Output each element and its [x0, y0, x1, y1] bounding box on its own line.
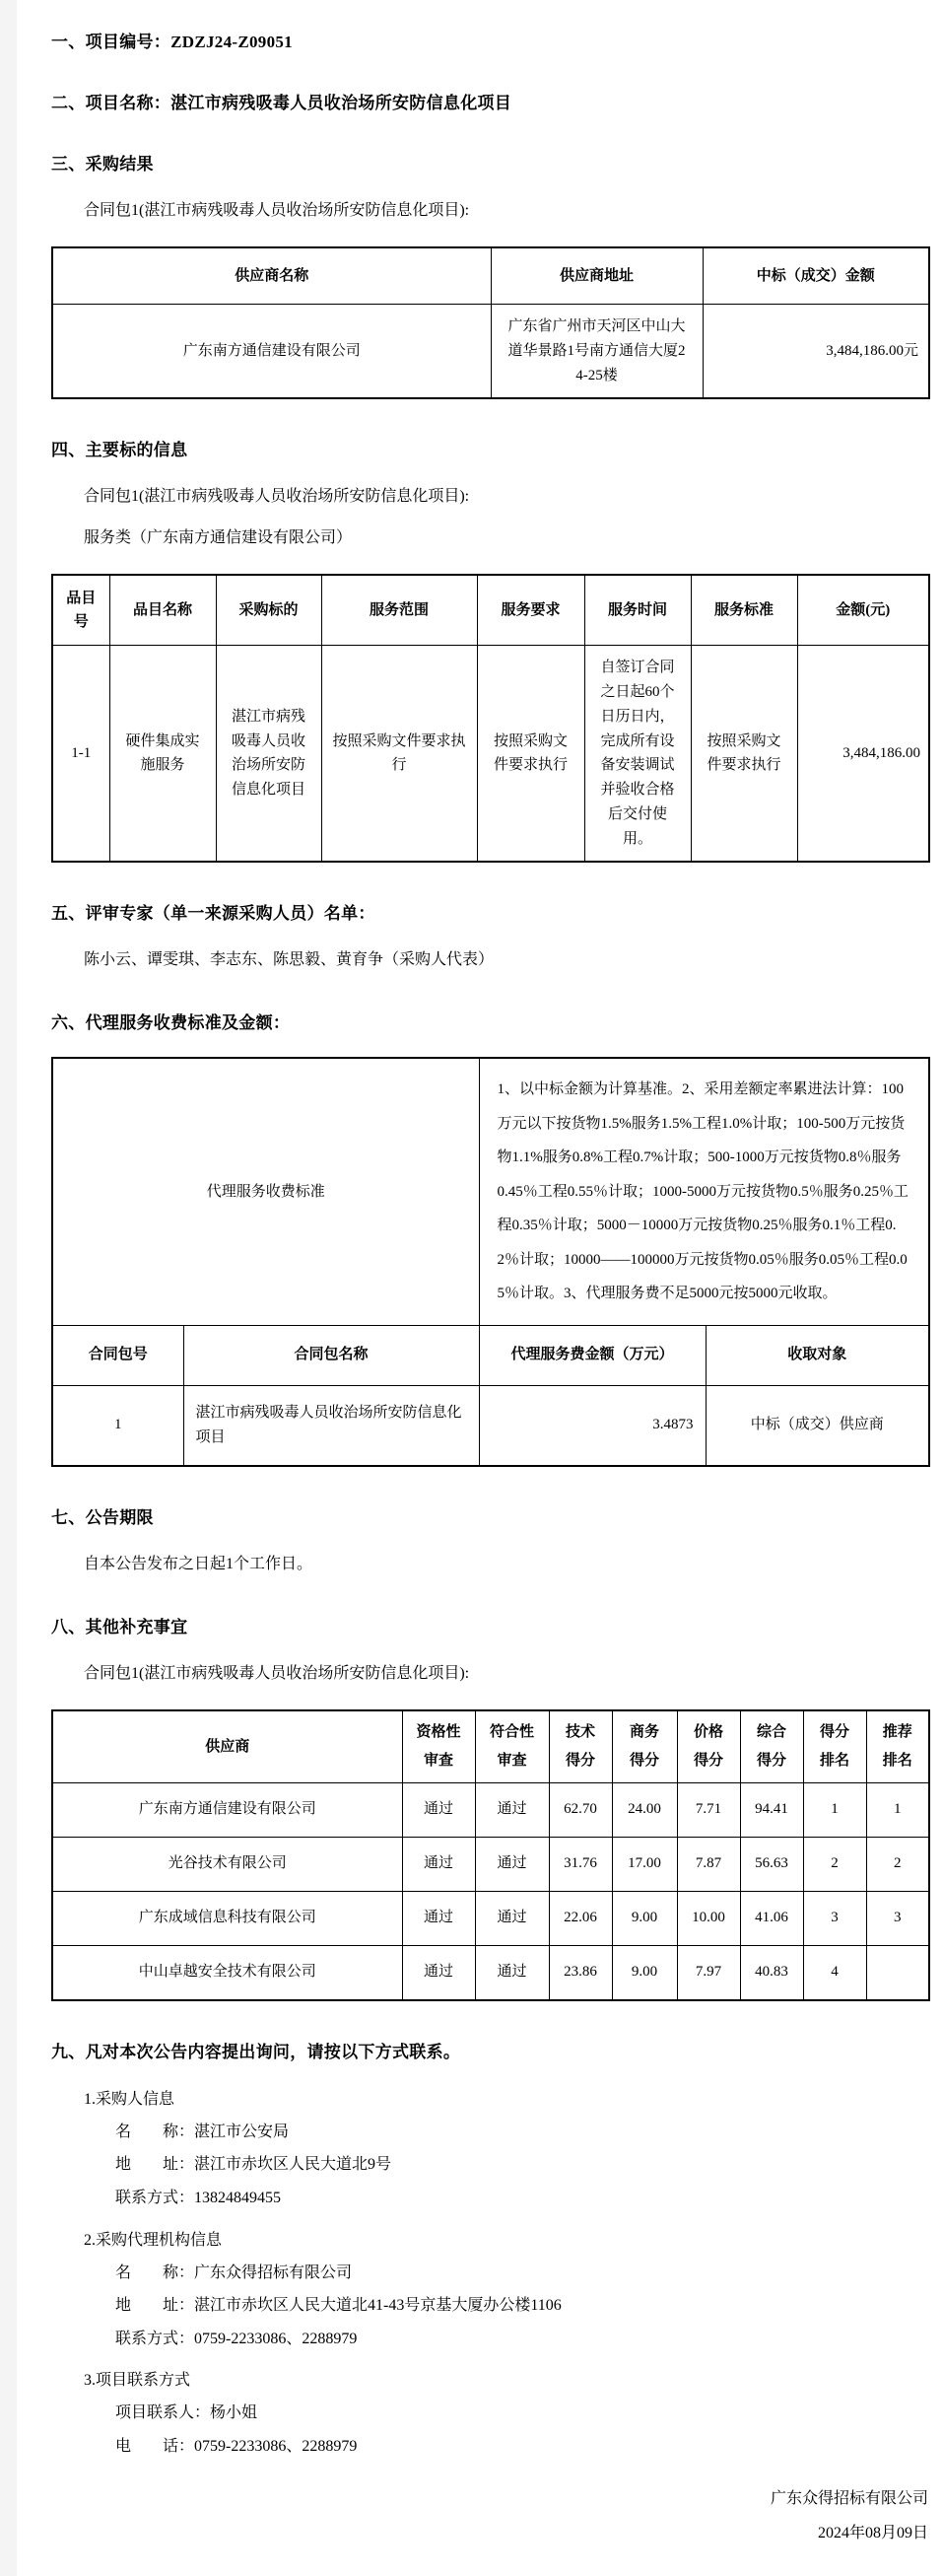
score-recommend-rank: 3	[866, 1891, 929, 1945]
score-supplier: 广东南方通信建设有限公司	[52, 1782, 402, 1837]
fee-standard-text: 1、以中标金额为计算基准。2、采用差额定率累进法计算：100万元以下按货物1.5…	[479, 1058, 929, 1325]
score-table-row: 广东南方通信建设有限公司 通过 通过 62.70 24.00 7.71 94.4…	[52, 1782, 929, 1837]
purchaser-name-label: 名 称：	[115, 2123, 194, 2140]
agency-contact-value: 0759-2233086、2288979	[194, 2331, 357, 2347]
score-price: 7.87	[677, 1837, 740, 1891]
score-commercial: 17.00	[612, 1837, 677, 1891]
bid-info-table: 品目号 品目名称 采购标的 服务范围 服务要求 服务时间 服务标准 金额(元) …	[51, 574, 930, 863]
score-recommend-rank	[866, 1945, 929, 2000]
page-edge-strip	[0, 0, 17, 2576]
project-phone-line: 电 话：0759-2233086、2288979	[115, 2430, 928, 2464]
project-phone-label: 电 话：	[115, 2438, 194, 2455]
fee-standard-label: 代理服务收费标准	[52, 1058, 479, 1325]
fee-amount: 3.4873	[479, 1385, 706, 1466]
bid-header-item-no: 品目号	[52, 575, 109, 646]
score-score-rank: 2	[803, 1837, 866, 1891]
purchaser-contact-value: 13824849455	[194, 2190, 281, 2206]
project-contact-person-line: 项目联系人：杨小姐	[115, 2397, 928, 2430]
score-technical: 22.06	[549, 1891, 612, 1945]
bid-requirement: 按照采购文件要求执行	[477, 646, 584, 863]
result-header-award-amount: 中标（成交）金额	[703, 247, 929, 305]
agency-info-title: 2.采购代理机构信息	[84, 2225, 928, 2257]
purchaser-name-value: 湛江市公安局	[194, 2123, 289, 2140]
result-package-line: 合同包1(湛江市病残吸毒人员收治场所安防信息化项目):	[84, 199, 928, 223]
fee-table-row: 1 湛江市病残吸毒人员收治场所安防信息化项目 3.4873 中标（成交）供应商	[52, 1385, 929, 1466]
score-header-comprehensive: 综合得分	[740, 1710, 803, 1783]
section-main-bid-info-heading: 四、主要标的信息	[51, 436, 928, 460]
score-score-rank: 3	[803, 1891, 866, 1945]
score-header-price: 价格得分	[677, 1710, 740, 1783]
fee-header-pkg-no: 合同包号	[52, 1325, 183, 1385]
score-table-row: 光谷技术有限公司 通过 通过 31.76 17.00 7.87 56.63 2 …	[52, 1837, 929, 1891]
purchaser-contact-label: 联系方式：	[115, 2190, 194, 2206]
score-header-conformity: 符合性审查	[475, 1710, 549, 1783]
agency-contact-label: 联系方式：	[115, 2331, 194, 2347]
fee-table-header-row: 合同包号 合同包名称 代理服务费金额（万元） 收取对象	[52, 1325, 929, 1385]
bid-item-no: 1-1	[52, 646, 109, 863]
score-score-rank: 4	[803, 1945, 866, 2000]
bid-header-scope: 服务范围	[321, 575, 477, 646]
agency-address-value: 湛江市赤坎区人民大道北41-43号京基大厦办公楼1106	[194, 2297, 562, 2314]
bid-header-time: 服务时间	[584, 575, 691, 646]
agency-name-value: 广东众得招标有限公司	[194, 2264, 352, 2281]
fee-header-fee-amount: 代理服务费金额（万元）	[479, 1325, 706, 1385]
project-contact-person-label: 项目联系人：	[115, 2404, 210, 2421]
score-table: 供应商 资格性审查 符合性审查 技术得分 商务得分 价格得分 综合得分 得分排名…	[51, 1709, 930, 2001]
section-announcement-period-heading: 七、公告期限	[51, 1503, 928, 1528]
section-project-name: 二、项目名称：湛江市病残吸毒人员收治场所安防信息化项目	[51, 89, 928, 113]
agency-address-line: 地 址：湛江市赤坎区人民大道北41-43号京基大厦办公楼1106	[115, 2289, 928, 2323]
result-header-supplier-name: 供应商名称	[52, 247, 491, 305]
score-comprehensive: 94.41	[740, 1782, 803, 1837]
fee-header-pkg-name: 合同包名称	[183, 1325, 479, 1385]
score-price: 7.97	[677, 1945, 740, 2000]
score-conformity: 通过	[475, 1782, 549, 1837]
score-header-recommend-rank: 推荐排名	[866, 1710, 929, 1783]
score-table-row: 广东成域信息科技有限公司 通过 通过 22.06 9.00 10.00 41.0…	[52, 1891, 929, 1945]
purchaser-name-line: 名 称：湛江市公安局	[115, 2116, 928, 2149]
result-award-amount: 3,484,186.00元	[703, 305, 929, 399]
score-table-row: 中山卓越安全技术有限公司 通过 通过 23.86 9.00 7.97 40.83…	[52, 1945, 929, 2000]
score-supplier: 广东成域信息科技有限公司	[52, 1891, 402, 1945]
section-agency-fee-heading: 六、代理服务收费标准及金额：	[51, 1009, 928, 1033]
bid-category-line: 服务类（广东南方通信建设有限公司）	[84, 526, 928, 550]
bid-header-subject: 采购标的	[216, 575, 321, 646]
score-commercial: 9.00	[612, 1945, 677, 2000]
agency-address-label: 地 址：	[115, 2297, 194, 2314]
purchaser-address-label: 地 址：	[115, 2156, 194, 2173]
fee-pkg-name: 湛江市病残吸毒人员收治场所安防信息化项目	[183, 1385, 479, 1466]
project-phone-value: 0759-2233086、2288979	[194, 2438, 357, 2455]
score-header-qualification: 资格性审查	[402, 1710, 475, 1783]
score-price: 7.71	[677, 1782, 740, 1837]
score-technical: 62.70	[549, 1782, 612, 1837]
score-commercial: 9.00	[612, 1891, 677, 1945]
signature-block: 广东众得招标有限公司 2024年08月09日	[51, 2481, 928, 2550]
result-table: 供应商名称 供应商地址 中标（成交）金额 广东南方通信建设有限公司 广东省广州市…	[51, 246, 930, 399]
bid-subject: 湛江市病残吸毒人员收治场所安防信息化项目	[216, 646, 321, 863]
purchaser-contact-line: 联系方式：13824849455	[115, 2182, 928, 2215]
bid-table-row: 1-1 硬件集成实施服务 湛江市病残吸毒人员收治场所安防信息化项目 按照采购文件…	[52, 646, 929, 863]
purchaser-info-title: 1.采购人信息	[84, 2084, 928, 2116]
project-name-label: 二、项目名称：	[51, 94, 170, 112]
section-project-number: 一、项目编号：ZDZJ24-Z09051	[51, 28, 928, 52]
result-table-header-row: 供应商名称 供应商地址 中标（成交）金额	[52, 247, 929, 305]
score-technical: 31.76	[549, 1837, 612, 1891]
contact-info-block: 1.采购人信息 名 称：湛江市公安局 地 址：湛江市赤坎区人民大道北9号 联系方…	[51, 2084, 928, 2464]
fee-pkg-no: 1	[52, 1385, 183, 1466]
score-comprehensive: 41.06	[740, 1891, 803, 1945]
result-supplier-name: 广东南方通信建设有限公司	[52, 305, 491, 399]
project-number-label: 一、项目编号：	[51, 33, 170, 51]
bid-scope: 按照采购文件要求执行	[321, 646, 477, 863]
bid-package-line: 合同包1(湛江市病残吸毒人员收治场所安防信息化项目):	[84, 485, 928, 509]
score-conformity: 通过	[475, 1891, 549, 1945]
project-number-value: ZDZJ24-Z09051	[170, 33, 293, 51]
bid-header-standard: 服务标准	[691, 575, 797, 646]
section-experts-heading: 五、评审专家（单一来源采购人员）名单：	[51, 899, 928, 924]
result-table-row: 广东南方通信建设有限公司 广东省广州市天河区中山大道华景路1号南方通信大厦24-…	[52, 305, 929, 399]
bid-header-requirement: 服务要求	[477, 575, 584, 646]
bid-amount: 3,484,186.00	[797, 646, 929, 863]
score-qualification: 通过	[402, 1782, 475, 1837]
result-supplier-address: 广东省广州市天河区中山大道华景路1号南方通信大厦24-25楼	[491, 305, 703, 399]
fee-payer: 中标（成交）供应商	[706, 1385, 929, 1466]
score-technical: 23.86	[549, 1945, 612, 2000]
score-header-technical: 技术得分	[549, 1710, 612, 1783]
section-procurement-result-heading: 三、采购结果	[51, 150, 928, 174]
project-contact-title: 3.项目联系方式	[84, 2365, 928, 2397]
bid-header-item-name: 品目名称	[109, 575, 216, 646]
bid-header-amount: 金额(元)	[797, 575, 929, 646]
score-recommend-rank: 2	[866, 1837, 929, 1891]
project-contact-person-value: 杨小姐	[210, 2404, 257, 2421]
agency-contact-line: 联系方式：0759-2233086、2288979	[115, 2323, 928, 2356]
experts-names: 陈小云、谭雯琪、李志东、陈思毅、黄育争（采购人代表）	[84, 948, 928, 972]
score-qualification: 通过	[402, 1891, 475, 1945]
score-recommend-rank: 1	[866, 1782, 929, 1837]
score-table-header-row: 供应商 资格性审查 符合性审查 技术得分 商务得分 价格得分 综合得分 得分排名…	[52, 1710, 929, 1783]
announcement-document: 一、项目编号：ZDZJ24-Z09051 二、项目名称：湛江市病残吸毒人员收治场…	[0, 0, 943, 2576]
score-conformity: 通过	[475, 1945, 549, 2000]
score-commercial: 24.00	[612, 1782, 677, 1837]
agency-fee-table: 代理服务收费标准 1、以中标金额为计算基准。2、采用差额定率累进法计算：100万…	[51, 1057, 930, 1467]
score-qualification: 通过	[402, 1837, 475, 1891]
score-qualification: 通过	[402, 1945, 475, 2000]
signature-org: 广东众得招标有限公司	[51, 2481, 928, 2516]
section-supplementary-heading: 八、其他补充事宜	[51, 1613, 928, 1637]
bid-standard: 按照采购文件要求执行	[691, 646, 797, 863]
announcement-period-text: 自本公告发布之日起1个工作日。	[84, 1553, 928, 1576]
fee-standard-row: 代理服务收费标准 1、以中标金额为计算基准。2、采用差额定率累进法计算：100万…	[52, 1058, 929, 1325]
agency-name-label: 名 称：	[115, 2264, 194, 2281]
score-conformity: 通过	[475, 1837, 549, 1891]
score-price: 10.00	[677, 1891, 740, 1945]
score-comprehensive: 56.63	[740, 1837, 803, 1891]
score-supplier: 中山卓越安全技术有限公司	[52, 1945, 402, 2000]
signature-date: 2024年08月09日	[51, 2516, 928, 2550]
purchaser-address-line: 地 址：湛江市赤坎区人民大道北9号	[115, 2148, 928, 2182]
agency-name-line: 名 称：广东众得招标有限公司	[115, 2257, 928, 2290]
result-header-supplier-address: 供应商地址	[491, 247, 703, 305]
purchaser-address-value: 湛江市赤坎区人民大道北9号	[194, 2156, 391, 2173]
project-name-value: 湛江市病残吸毒人员收治场所安防信息化项目	[170, 94, 511, 112]
score-score-rank: 1	[803, 1782, 866, 1837]
bid-table-header-row: 品目号 品目名称 采购标的 服务范围 服务要求 服务时间 服务标准 金额(元)	[52, 575, 929, 646]
score-header-score-rank: 得分排名	[803, 1710, 866, 1783]
fee-header-payer: 收取对象	[706, 1325, 929, 1385]
bid-time: 自签订合同之日起60个日历日内，完成所有设备安装调试并验收合格后交付使用。	[584, 646, 691, 863]
section-contact-heading: 九、凡对本次公告内容提出询问，请按以下方式联系。	[51, 2038, 928, 2062]
supplementary-package-line: 合同包1(湛江市病残吸毒人员收治场所安防信息化项目):	[84, 1662, 928, 1686]
score-comprehensive: 40.83	[740, 1945, 803, 2000]
score-header-commercial: 商务得分	[612, 1710, 677, 1783]
score-supplier: 光谷技术有限公司	[52, 1837, 402, 1891]
score-header-supplier: 供应商	[52, 1710, 402, 1783]
bid-item-name: 硬件集成实施服务	[109, 646, 216, 863]
